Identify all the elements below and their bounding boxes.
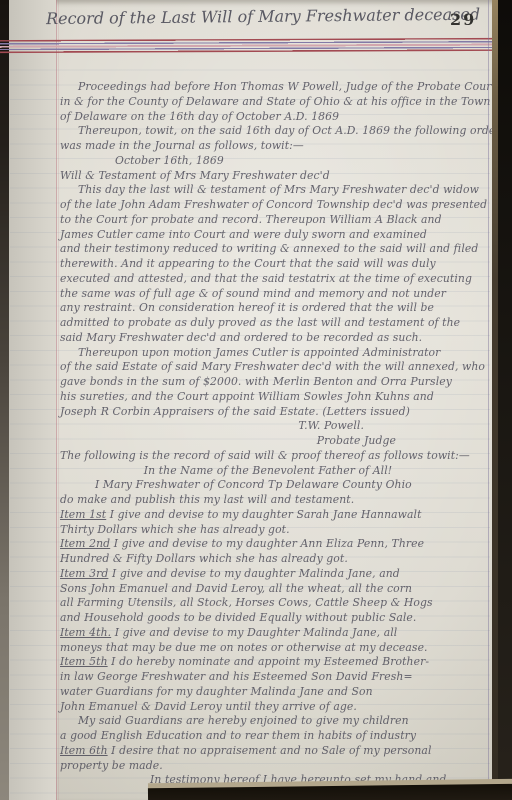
- document-lines: Proceedings had before Hon Thomas W Powe…: [60, 80, 476, 788]
- text-line: James Cutler came into Court and were du…: [60, 228, 476, 243]
- text-line: do make and publish this my last will an…: [60, 493, 476, 508]
- scanned-record-page: Record of the Last Will of Mary Freshwat…: [0, 0, 512, 800]
- text-line: I Mary Freshwater of Concord Tp Delaware…: [60, 478, 476, 493]
- item-label: Item 1st: [60, 508, 106, 521]
- text-line: Item 4th. I give and devise to my Daught…: [60, 626, 476, 641]
- text-line: to the Court for probate and record. The…: [60, 213, 476, 228]
- text-line: John Emanuel & David Leroy until they ar…: [60, 700, 476, 715]
- text-line: gave bonds in the sum of $2000. with Mer…: [60, 375, 476, 390]
- text-line: in law George Freshwater and his Esteeme…: [60, 670, 476, 685]
- text-line: Thereupon upon motion James Cutler is ap…: [60, 346, 476, 361]
- text-line: a good English Education and to rear the…: [60, 729, 476, 744]
- item-label: Item 4th.: [60, 626, 111, 639]
- right-margin-line: [488, 0, 489, 800]
- text-line: Probate Judge: [60, 434, 476, 449]
- text-line: October 16th, 1869: [60, 154, 476, 169]
- text-line: Thereupon, towit, on the said 16th day o…: [60, 124, 476, 139]
- decorative-head-band: [0, 38, 498, 53]
- text-line: all Farming Utensils, all Stock, Horses …: [60, 596, 476, 611]
- text-line: Sons John Emanuel and David Leroy, all t…: [60, 582, 476, 597]
- text-line: This day the last will & testament of Mr…: [60, 183, 476, 198]
- text-line: of Delaware on the 16th day of October A…: [60, 110, 476, 125]
- text-line: said Mary Freshwater dec'd and ordered t…: [60, 331, 476, 346]
- text-line: Item 5th I do hereby nominate and appoin…: [60, 655, 476, 670]
- text-line: and Household goods to be divided Equall…: [60, 611, 476, 626]
- text-line: Item 2nd I give and devise to my daughte…: [60, 537, 476, 552]
- text-line: Thirty Dollars which she has already got…: [60, 523, 476, 538]
- text-line: water Guardians for my daughter Malinda …: [60, 685, 476, 700]
- text-line: Item 3rd I give and devise to my daughte…: [60, 567, 476, 582]
- text-line: Joseph R Corbin Appraisers of the said E…: [60, 405, 476, 420]
- page-margin-column: [9, 0, 56, 800]
- text-line: therewith. And it appearing to the Court…: [60, 257, 476, 272]
- item-label: Item 3rd: [60, 567, 108, 580]
- text-line: Item 1st I give and devise to my daughte…: [60, 508, 476, 523]
- text-line: T.W. Powell.: [60, 419, 476, 434]
- text-line: was made in the Journal as follows, towi…: [60, 139, 476, 154]
- text-line: admitted to probate as duly proved as th…: [60, 316, 476, 331]
- text-line: Will & Testament of Mrs Mary Freshwater …: [60, 169, 476, 184]
- text-line: Proceedings had before Hon Thomas W Powe…: [60, 80, 476, 95]
- text-line: The following is the record of said will…: [60, 449, 476, 464]
- book-binding-edge: [0, 0, 9, 800]
- item-label: Item 6th: [60, 744, 108, 757]
- text-line: of the late John Adam Freshwater of Conc…: [60, 198, 476, 213]
- text-line: executed and attested, and that the said…: [60, 272, 476, 287]
- text-line: In the Name of the Benevolent Father of …: [60, 464, 476, 479]
- page-number: 29: [450, 10, 476, 29]
- text-line: Item 6th I desire that no appraisement a…: [60, 744, 476, 759]
- text-line: property be made.: [60, 759, 476, 774]
- text-line: the same was of full age & of sound mind…: [60, 287, 476, 302]
- text-line: and their testimony reduced to writing &…: [60, 242, 476, 257]
- item-label: Item 5th: [60, 655, 108, 668]
- text-line: My said Guardians are hereby enjoined to…: [60, 714, 476, 729]
- text-line: in & for the County of Delaware and Stat…: [60, 95, 476, 110]
- text-line: Hundred & Fifty Dollars which she has al…: [60, 552, 476, 567]
- record-header-title: Record of the Last Will of Mary Freshwat…: [46, 5, 456, 28]
- margin-rule-line: [56, 0, 57, 800]
- text-line: moneys that may be due me on notes or ot…: [60, 641, 476, 656]
- text-line: his sureties, and the Court appoint Will…: [60, 390, 476, 405]
- text-line: any restraint. On consideration hereof i…: [60, 301, 476, 316]
- item-label: Item 2nd: [60, 537, 110, 550]
- book-edge-right: [498, 0, 512, 800]
- text-line: of the said Estate of said Mary Freshwat…: [60, 360, 476, 375]
